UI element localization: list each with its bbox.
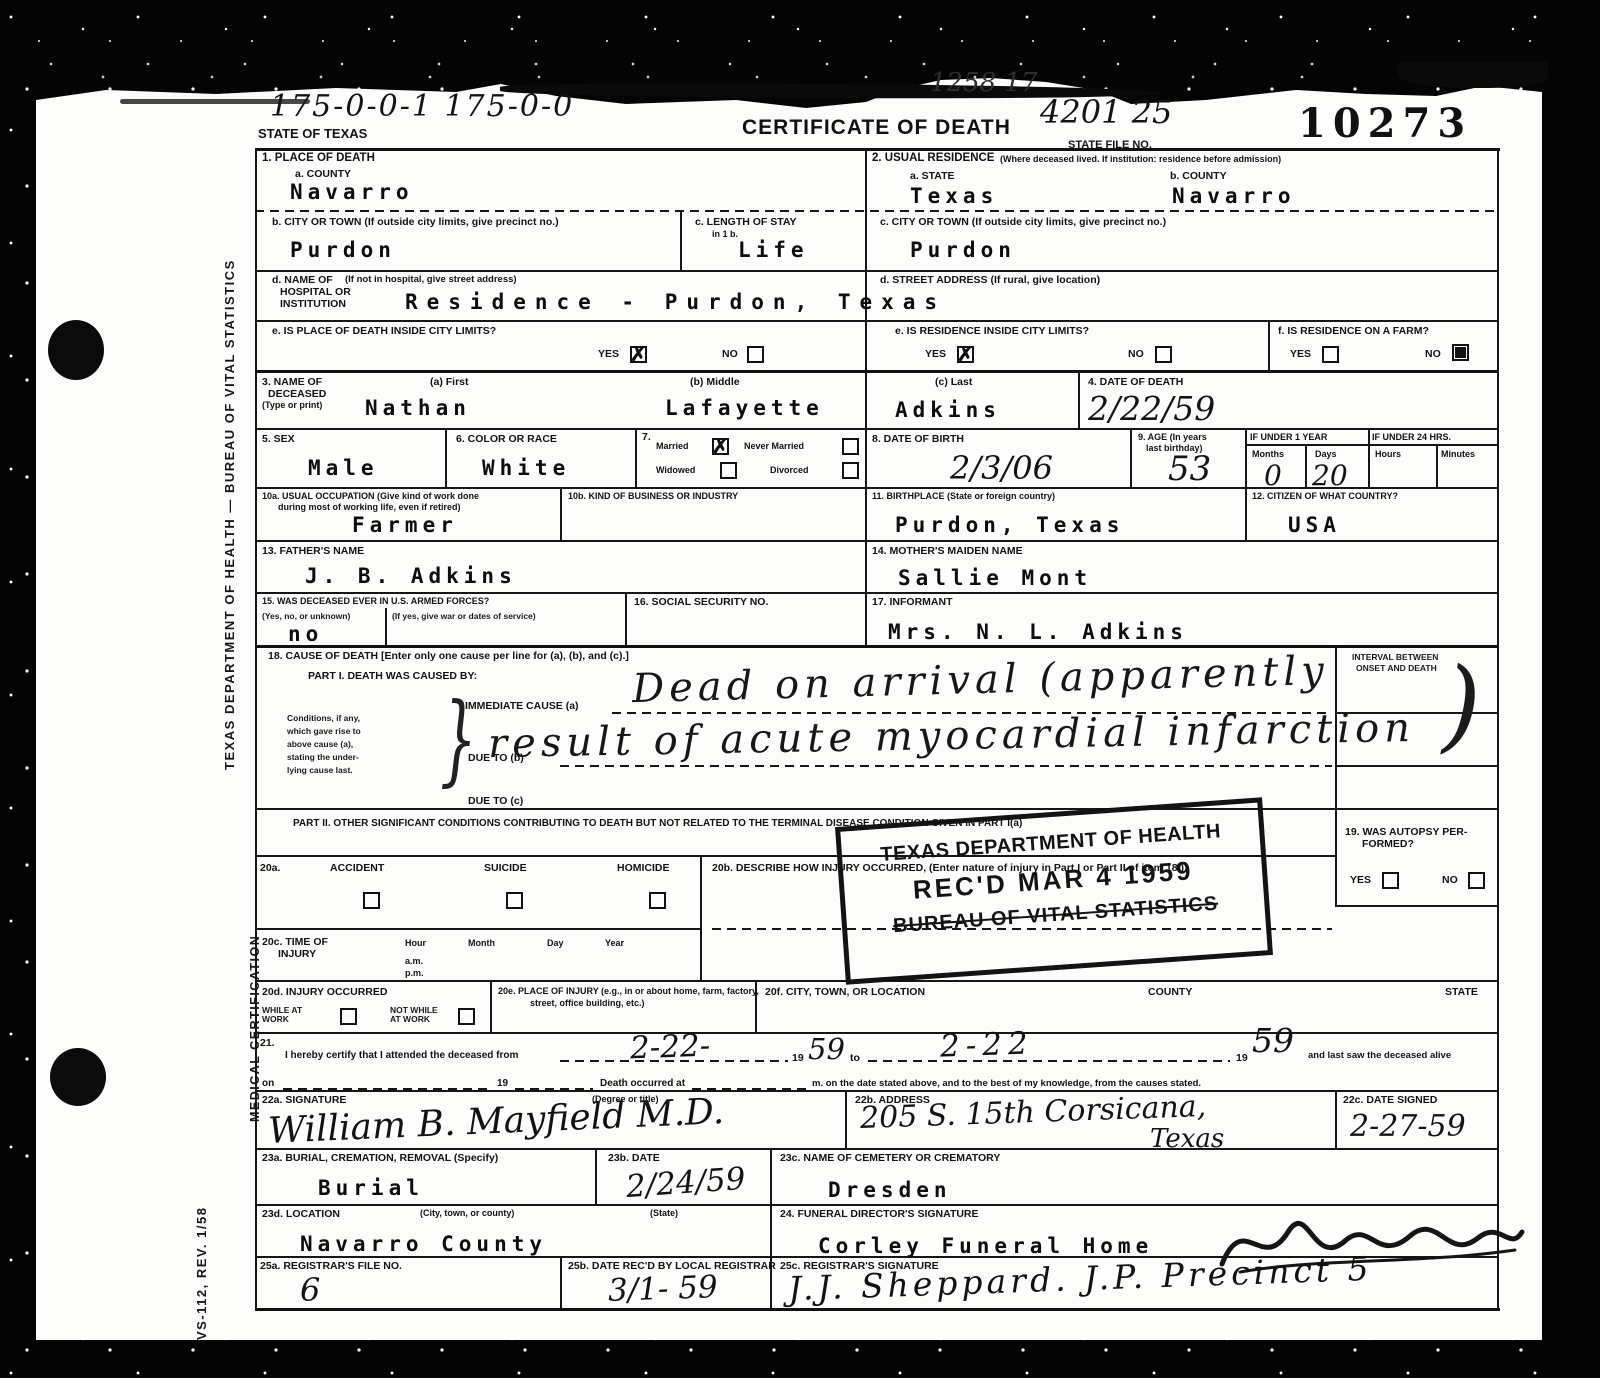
s25a-value-handwriting: 6 [300, 1274, 320, 1306]
line [1245, 487, 1247, 540]
s23d-note-2: (State) [650, 1208, 678, 1219]
line [255, 428, 1497, 430]
s1-stay-value: Life [738, 240, 809, 261]
s14-value: Sallie Mont [898, 568, 1092, 589]
s20c-year-label: Year [605, 938, 624, 949]
scanned-death-certificate: TEXAS DEPARTMENT OF HEALTH — BUREAU OF V… [0, 0, 1600, 1378]
s15-note-2: (If yes, give war or dates of service) [392, 612, 536, 622]
line [845, 1090, 847, 1148]
handwritten-codes: 175-0-0-1 175-0-0 [270, 92, 574, 122]
s12-value: USA [1288, 515, 1341, 536]
line [560, 487, 562, 540]
s10a-label-1: 10a. USUAL OCCUPATION (Give kind of work… [262, 491, 479, 502]
s2-state-label: a. STATE [910, 170, 955, 183]
s20a-suicide-label: SUICIDE [484, 862, 527, 875]
line [255, 1090, 1497, 1092]
line [255, 320, 1497, 322]
s12-label: 12. CITIZEN OF WHAT COUNTRY? [1252, 491, 1398, 502]
hole-punch-bottom [50, 1048, 106, 1106]
s20c-hour-label: Hour [405, 938, 426, 949]
s18-immediate-label: IMMEDIATE CAUSE (a) [465, 700, 579, 713]
corner-blot [1398, 62, 1548, 88]
line [1497, 148, 1499, 1310]
s10b-label: 10b. KIND OF BUSINESS OR INDUSTRY [568, 491, 738, 502]
line [1335, 905, 1497, 907]
s21-m-text: m. on the date stated above, and to the … [812, 1078, 1201, 1089]
s6-value: White [482, 458, 570, 479]
line [1335, 765, 1497, 767]
s2-farm-no-label: NO [1425, 348, 1441, 361]
s21-19a: 19 [792, 1052, 804, 1065]
line [865, 148, 867, 645]
hole-punch-top [48, 320, 104, 380]
s23d-label: 23d. LOCATION [262, 1208, 340, 1221]
s20d-label: 20d. INJURY OCCURRED [262, 986, 387, 999]
s2-farm-yes-label: YES [1290, 348, 1311, 361]
line [490, 980, 492, 1032]
s7-married-label: Married [656, 441, 689, 452]
line [255, 370, 1497, 373]
line [560, 765, 1332, 767]
line [625, 592, 627, 645]
s21-certify-text: I hereby certify that I attended the dec… [285, 1050, 518, 1062]
s2-state-value: Texas [910, 186, 998, 207]
s9-hours-label: Hours [1375, 449, 1401, 460]
line [1078, 370, 1080, 428]
s19-no-label: NO [1442, 874, 1458, 887]
s20c-label-1: 20c. TIME OF [262, 936, 328, 949]
s1-city-value: Purdon [290, 240, 396, 261]
s14-label: 14. MOTHER'S MAIDEN NAME [872, 545, 1023, 558]
line [255, 1148, 1497, 1150]
s4-value: 2/22/59 [1088, 392, 1215, 425]
s21-year2-handwriting: 59 [1252, 1024, 1294, 1057]
s22a-label: 22a. SIGNATURE [262, 1094, 346, 1107]
s10a-label-2: during most of working life, even if ret… [278, 502, 461, 513]
s18-conditions-1: Conditions, if any, [287, 714, 360, 724]
s9-under-year-label: IF UNDER 1 YEAR [1250, 432, 1327, 443]
s2-farm-yes-checkbox [1322, 346, 1339, 363]
s7-never-married-checkbox [842, 438, 859, 455]
margin-department-text: TEXAS DEPARTMENT OF HEALTH — BUREAU OF V… [222, 292, 237, 770]
line [1335, 1090, 1337, 1148]
s7-widowed-checkbox [720, 462, 737, 479]
s20a-accident-label: ACCIDENT [330, 862, 384, 875]
s20d-while-label-2: WORK [262, 1015, 289, 1025]
s1-hospital-value: Residence - Purdon, Texas [405, 292, 946, 313]
line [385, 608, 387, 645]
line [1368, 428, 1370, 487]
s21-year1-handwriting: 59 [808, 1035, 845, 1064]
s2-note: (Where deceased lived. If institution: r… [1000, 154, 1281, 165]
s21-19c: 19 [497, 1078, 508, 1090]
s11-value: Purdon, Texas [895, 515, 1124, 536]
s1-limits-yes-label: YES [598, 348, 619, 361]
line [1305, 444, 1307, 487]
s21-to: to [850, 1052, 860, 1065]
s20e-label-2: street, office building, etc.) [530, 998, 645, 1009]
line [255, 487, 1497, 489]
s25b-value-handwriting: 3/1- 59 [607, 1272, 718, 1307]
s23b-label: 23b. DATE [608, 1152, 660, 1165]
s13-label: 13. FATHER'S NAME [262, 545, 364, 558]
s18-due-c-label: DUE TO (c) [468, 795, 523, 808]
s9-under-24-label: IF UNDER 24 HRS. [1372, 432, 1451, 443]
line [255, 808, 1497, 810]
certificate-number: 10273 [1298, 104, 1472, 144]
s18-interval-label-1: INTERVAL BETWEEN [1352, 653, 1438, 663]
s3-title-1: 3. NAME OF [262, 376, 322, 389]
line [283, 1088, 488, 1090]
s20a-accident-checkbox [363, 892, 380, 909]
s21-to-date-handwriting: 2-22 [939, 1028, 1034, 1062]
s3-title-2: DECEASED [268, 388, 326, 401]
margin-form-number: VS-112, REV. 1/58 [194, 1150, 209, 1340]
line [595, 1148, 597, 1204]
line [255, 592, 1497, 594]
s24-value: Corley Funeral Home [818, 1236, 1153, 1257]
s18-closing-paren-handwriting: ) [1442, 655, 1481, 755]
s17-label: 17. INFORMANT [872, 596, 953, 609]
line [1245, 428, 1247, 487]
s1-hospital-label-1: d. NAME OF [272, 274, 333, 287]
s1-stay-label: c. LENGTH OF STAY [695, 216, 797, 229]
line [635, 428, 637, 487]
line [1436, 444, 1438, 487]
s16-label: 16. SOCIAL SECURITY NO. [634, 596, 768, 609]
s19-yes-checkbox [1382, 872, 1399, 889]
s19-label-1: 19. WAS AUTOPSY PER- [1345, 826, 1467, 839]
certificate-title: CERTIFICATE OF DEATH [742, 117, 1011, 138]
line [1268, 320, 1270, 370]
s9-minutes-label: Minutes [1441, 449, 1475, 460]
s3-middle-label: (b) Middle [690, 376, 740, 389]
s9-value: 53 [1168, 452, 1211, 486]
s1-limits-no-label: NO [722, 348, 738, 361]
s6-label: 6. COLOR OR RACE [456, 433, 557, 446]
s1-hospital-label-2: HOSPITAL OR [280, 286, 351, 299]
s20a-label: 20a. [260, 862, 280, 875]
line [868, 1060, 1230, 1062]
s23d-value: Navarro County [300, 1234, 547, 1255]
s1-county-value: Navarro [290, 182, 414, 203]
line [770, 1148, 772, 1256]
conditions-brace: } [440, 690, 477, 789]
line [255, 540, 1497, 542]
s15-label: 15. WAS DECEASED EVER IN U.S. ARMED FORC… [262, 596, 489, 607]
s22c-label: 22c. DATE SIGNED [1343, 1094, 1437, 1107]
s9-months-value: 0 [1264, 462, 1282, 490]
s20c-pm-label: p.m. [405, 968, 424, 979]
s7-label: 7. [642, 431, 651, 444]
s24-label: 24. FUNERAL DIRECTOR'S SIGNATURE [780, 1208, 979, 1221]
s19-label-2: FORMED? [1362, 838, 1414, 851]
line [255, 210, 1497, 212]
s7-divorced-checkbox [842, 462, 859, 479]
s8-label: 8. DATE OF BIRTH [872, 433, 964, 446]
s20d-notwhile-label-2: AT WORK [390, 1015, 430, 1025]
s18-interval-label-2: ONSET AND DEATH [1356, 664, 1437, 674]
margin-medical-certification-text: MEDICAL CERTIFICATION [248, 792, 262, 1122]
s20f-state-label: STATE [1445, 986, 1478, 999]
s19-no-checkbox [1468, 872, 1485, 889]
line [445, 428, 447, 487]
line [515, 1088, 593, 1090]
s8-value: 2/3/06 [950, 452, 1053, 484]
s2-title: 2. USUAL RESIDENCE [872, 152, 994, 166]
s1-county-label: a. COUNTY [295, 168, 351, 181]
s20e-label-1: 20e. PLACE OF INJURY (e.g., in or about … [498, 986, 759, 997]
s20d-notwhile-checkbox [458, 1008, 475, 1025]
s7-married-checkbox [712, 438, 729, 455]
s1-stay-sub: in 1 b. [712, 229, 738, 240]
s21-number: 21. [260, 1037, 275, 1050]
s23a-value: Burial [318, 1178, 424, 1199]
s21-tail-text: and last saw the deceased alive [1308, 1050, 1451, 1061]
line [255, 148, 1500, 151]
s2-limits-yes-checkbox [957, 346, 974, 363]
s1-city-label: b. CITY OR TOWN (If outside city limits,… [272, 216, 559, 229]
line [255, 148, 257, 1310]
s4-label: 4. DATE OF DEATH [1088, 376, 1183, 389]
s2-city-value: Purdon [910, 240, 1016, 261]
state-of-texas-label: STATE OF TEXAS [258, 126, 367, 142]
s21-on: on [262, 1078, 274, 1090]
s3-last-value: Adkins [895, 400, 1001, 421]
s21-19b: 19 [1236, 1052, 1248, 1065]
s23c-value: Dresden [828, 1180, 952, 1201]
s2-limits-no-label: NO [1128, 348, 1144, 361]
received-stamp: TEXAS DEPARTMENT OF HEALTH REC'D MAR 4 1… [835, 797, 1273, 984]
s25a-label: 25a. REGISTRAR'S FILE NO. [260, 1260, 402, 1273]
s15-note-1: (Yes, no, or unknown) [262, 612, 350, 622]
s1-limits-no-checkbox [747, 346, 764, 363]
s7-never-married-label: Never Married [744, 441, 804, 452]
line [255, 1032, 1497, 1034]
pen-dash [765, 87, 795, 93]
s22b-address-handwriting-2: Texas [1150, 1126, 1224, 1152]
line [1130, 428, 1132, 487]
s21-death-occurred: Death occurred at [600, 1078, 685, 1090]
s2-farm-label: f. IS RESIDENCE ON A FARM? [1278, 325, 1429, 338]
s3-middle-value: Lafayette [665, 398, 824, 419]
line [1335, 645, 1337, 905]
s3-first-value: Nathan [365, 398, 471, 419]
s10a-value: Farmer [352, 515, 458, 536]
s17-value: Mrs. N. L. Adkins [888, 622, 1188, 643]
s20c-day-label: Day [547, 938, 564, 949]
s5-label: 5. SEX [262, 433, 295, 446]
s20a-homicide-checkbox [649, 892, 666, 909]
s20f-label: 20f. CITY, TOWN, OR LOCATION [765, 986, 925, 999]
s22c-date-handwriting: 2-27-59 [1350, 1112, 1466, 1142]
s3-title-3: (Type or print) [262, 400, 322, 411]
s18-label: 18. CAUSE OF DEATH [Enter only one cause… [268, 650, 629, 663]
s1-hospital-note: (If not in hospital, give street address… [345, 274, 517, 285]
line [700, 855, 702, 980]
s21-from-date-handwriting: 2-22- [629, 1031, 710, 1065]
s18-conditions-2: which gave rise to [287, 727, 361, 737]
s2-limits-label: e. IS RESIDENCE INSIDE CITY LIMITS? [895, 325, 1089, 338]
line [680, 210, 682, 270]
s20f-county-label: COUNTY [1148, 986, 1192, 999]
s1-hospital-label-3: INSTITUTION [280, 298, 346, 311]
s1-limits-label: e. IS PLACE OF DEATH INSIDE CITY LIMITS? [272, 325, 496, 338]
s1-title: 1. PLACE OF DEATH [262, 152, 375, 166]
line [255, 928, 700, 930]
line [560, 1256, 562, 1308]
s2-limits-no-checkbox [1155, 346, 1172, 363]
handwritten-file-number: 4201 25 [1040, 96, 1172, 128]
s18-conditions-4: stating the under- [287, 753, 359, 763]
s9-days-value: 20 [1312, 462, 1348, 490]
line [692, 1088, 807, 1090]
s5-value: Male [308, 458, 379, 479]
s18-conditions-3: above cause (a), [287, 740, 353, 750]
s13-value: J. B. Adkins [305, 566, 517, 587]
s18-conditions-5: lying cause last. [287, 766, 353, 776]
s3-last-label: (c) Last [935, 376, 972, 389]
s11-label: 11. BIRTHPLACE (State or foreign country… [872, 491, 1055, 502]
s23c-label: 23c. NAME OF CEMETERY OR CREMATORY [780, 1152, 1000, 1165]
s1-limits-yes-checkbox [630, 346, 647, 363]
handwritten-pencil-numbers: 1258 17 [930, 70, 1038, 96]
s2-street-label: d. STREET ADDRESS (If rural, give locati… [880, 274, 1100, 287]
s23a-label: 23a. BURIAL, CREMATION, REMOVAL (Specify… [262, 1152, 498, 1165]
s7-widowed-label: Widowed [656, 465, 695, 476]
s2-limits-yes-label: YES [925, 348, 946, 361]
s20a-homicide-label: HOMICIDE [617, 862, 670, 875]
s3-first-label: (a) First [430, 376, 469, 389]
s2-farm-no-checkbox [1452, 344, 1469, 361]
s20c-am-label: a.m. [405, 956, 423, 967]
s23b-date-handwriting: 2/24/59 [625, 1164, 746, 1203]
line [255, 270, 1497, 272]
s2-county-label: b. COUNTY [1170, 170, 1227, 183]
s9-label-1: 9. AGE (In years [1138, 432, 1207, 443]
s20c-month-label: Month [468, 938, 495, 949]
s2-county-value: Navarro [1172, 186, 1296, 207]
s20d-while-checkbox [340, 1008, 357, 1025]
s15-value: no [288, 624, 323, 645]
s19-yes-label: YES [1350, 874, 1371, 887]
s20a-suicide-checkbox [506, 892, 523, 909]
s23d-note-1: (City, town, or county) [420, 1208, 514, 1219]
line [1245, 444, 1497, 446]
s20c-label-2: INJURY [278, 948, 316, 961]
s2-city-label: c. CITY OR TOWN (If outside city limits,… [880, 216, 1166, 229]
line [255, 1308, 1500, 1311]
s7-divorced-label: Divorced [770, 465, 809, 476]
state-file-no-label: STATE FILE NO. [1068, 139, 1152, 152]
